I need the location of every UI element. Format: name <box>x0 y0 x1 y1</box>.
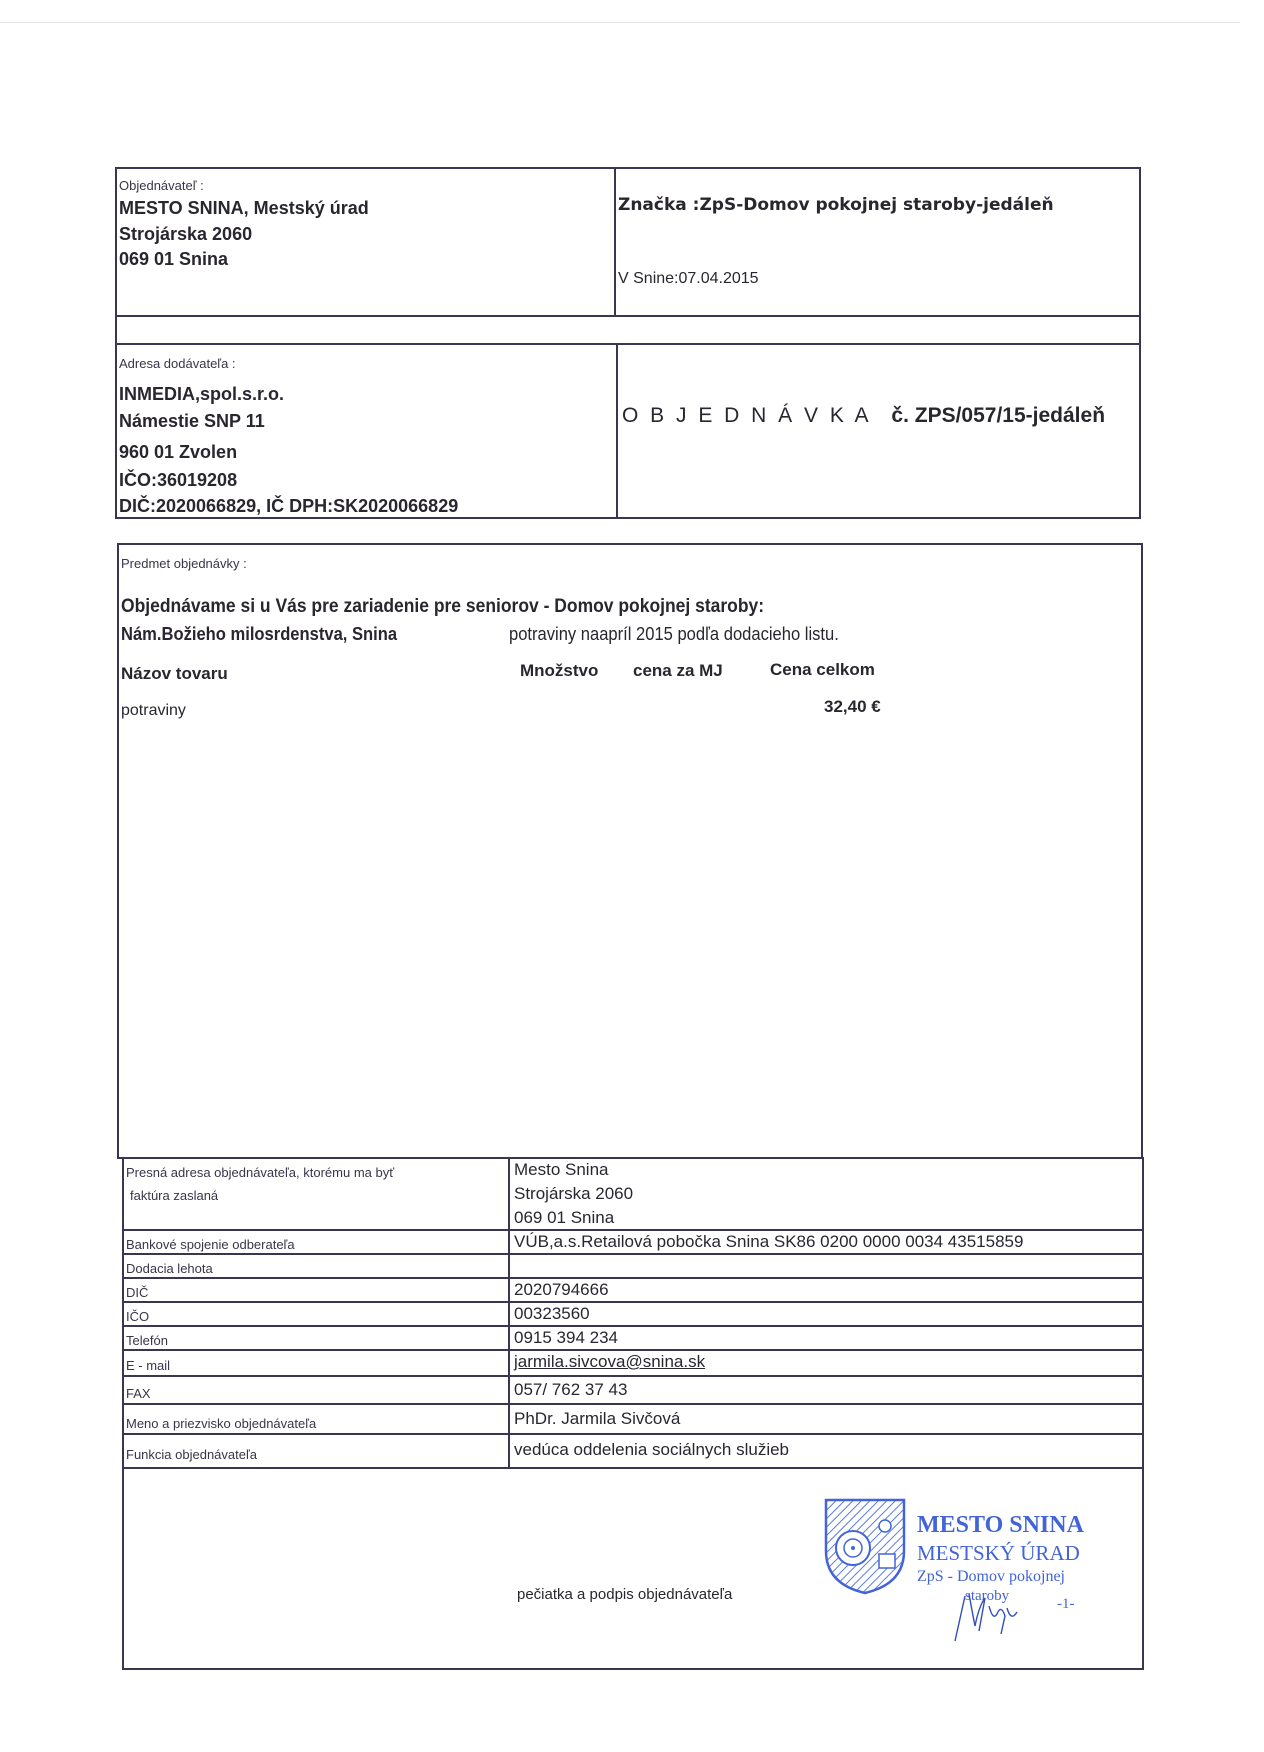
invoice-address-label-2: faktúra zaslaná <box>130 1188 218 1203</box>
invoice-address-label-1: Presná adresa objednávateľa, ktorému ma … <box>126 1165 394 1180</box>
ico-value: 00323560 <box>514 1304 590 1324</box>
function-row: Funkcia objednávateľa vedúca oddelenia s… <box>122 1435 1142 1467</box>
signature-label: pečiatka a podpis objednávateľa <box>517 1586 732 1603</box>
supplier-city: 960 01 Zvolen <box>119 442 237 463</box>
phone-row: Telefón 0915 394 234 <box>122 1327 1142 1351</box>
supplier-divider <box>616 343 618 519</box>
function-value: vedúca oddelenia sociálnych služieb <box>514 1440 789 1460</box>
item-name: potraviny <box>121 702 186 720</box>
stamp-line2: MESTSKÝ ÚRAD <box>917 1541 1080 1566</box>
invoice-address-line-3: 069 01 Snina <box>514 1208 614 1228</box>
supplier-ico: IČO:36019208 <box>119 470 237 491</box>
place-date: V Snine:07.04.2015 <box>618 270 759 288</box>
blank-row <box>115 315 1141 345</box>
handwritten-signature <box>945 1586 1065 1646</box>
supplier-dic: DIČ:2020066829, IČ DPH:SK2020066829 <box>119 496 458 517</box>
invoice-address-line-1: Mesto Snina <box>514 1160 609 1180</box>
bank-label: Bankové spojenie odberateľa <box>126 1237 295 1252</box>
email-link[interactable]: jarmila.sivcova@snina.sk <box>514 1352 705 1372</box>
supplier-box <box>115 343 1141 519</box>
order-number: č. ZPS/057/15-jedáleň <box>891 404 1105 427</box>
invoice-address-line-2: Strojárska 2060 <box>514 1184 633 1204</box>
coat-of-arms-icon <box>823 1496 907 1596</box>
fax-row: FAX 057/ 762 37 43 <box>122 1377 1142 1405</box>
subject-line2-left: Nám.Božieho milosrdenstva, Snina <box>121 624 397 645</box>
official-stamp: MESTO SNINA MESTSKÝ ÚRAD ZpS - Domov pok… <box>815 1490 1145 1640</box>
email-label: E - mail <box>126 1358 170 1373</box>
dic-row: DIČ 2020794666 <box>122 1279 1142 1303</box>
supplier-street: Námestie SNP 11 <box>119 411 265 432</box>
subject-label: Predmet objednávky : <box>121 556 247 571</box>
orderer-street: Strojárska 2060 <box>119 224 252 245</box>
subject-line1: Objednávame si u Vás pre zariadenie pre … <box>121 596 764 618</box>
phone-value: 0915 394 234 <box>514 1328 618 1348</box>
order-title-text: O B J E D N Á V K A <box>622 404 872 427</box>
dic-label: DIČ <box>126 1285 148 1300</box>
delivery-label: Dodacia lehota <box>126 1261 213 1276</box>
supplier-name: INMEDIA,spol.s.r.o. <box>119 384 284 405</box>
col-quantity: Množstvo <box>520 661 598 681</box>
invoice-address-row: Presná adresa objednávateľa, ktorému ma … <box>122 1157 1142 1231</box>
name-label: Meno a priezvisko objednávateľa <box>126 1416 316 1431</box>
stamp-line1: MESTO SNINA <box>917 1512 1084 1539</box>
supplier-label: Adresa dodávateľa : <box>119 356 236 371</box>
orderer-name: MESTO SNINA, Mestský úrad <box>119 198 369 219</box>
ico-row: IČO 00323560 <box>122 1303 1142 1327</box>
scan-edge-line <box>0 22 1240 23</box>
col-unit-price: cena za MJ <box>633 661 723 681</box>
header-divider <box>614 167 616 317</box>
phone-label: Telefón <box>126 1333 168 1348</box>
dic-value: 2020794666 <box>514 1280 609 1300</box>
orderer-city: 069 01 Snina <box>119 249 228 270</box>
header-box <box>115 167 1141 317</box>
name-row: Meno a priezvisko objednávateľa PhDr. Ja… <box>122 1405 1142 1435</box>
col-total: Cena celkom <box>770 660 875 680</box>
name-value: PhDr. Jarmila Sivčová <box>514 1409 680 1429</box>
bank-value: VÚB,a.s.Retailová pobočka Snina SK86 020… <box>514 1232 1023 1252</box>
fax-value: 057/ 762 37 43 <box>514 1380 627 1400</box>
subject-line2-right: potraviny naapríl 2015 podľa dodacieho l… <box>509 624 839 645</box>
item-total: 32,40 € <box>824 697 881 717</box>
email-row: E - mail jarmila.sivcova@snina.sk <box>122 1351 1142 1377</box>
col-item-name: Názov tovaru <box>121 664 228 684</box>
delivery-row: Dodacia lehota <box>122 1255 1142 1279</box>
ico-label: IČO <box>126 1309 149 1324</box>
bank-row: Bankové spojenie odberateľa VÚB,a.s.Reta… <box>122 1231 1142 1255</box>
order-title: O B J E D N Á V K A č. ZPS/057/15-jedále… <box>622 404 1105 428</box>
function-label: Funkcia objednávateľa <box>126 1447 257 1462</box>
orderer-label: Objednávateľ : <box>119 178 204 193</box>
fax-label: FAX <box>126 1386 151 1401</box>
reference-mark: Značka :ZpS-Domov pokojnej staroby-jedál… <box>618 195 1054 215</box>
stamp-line3: ZpS - Domov pokojnej <box>917 1568 1065 1586</box>
